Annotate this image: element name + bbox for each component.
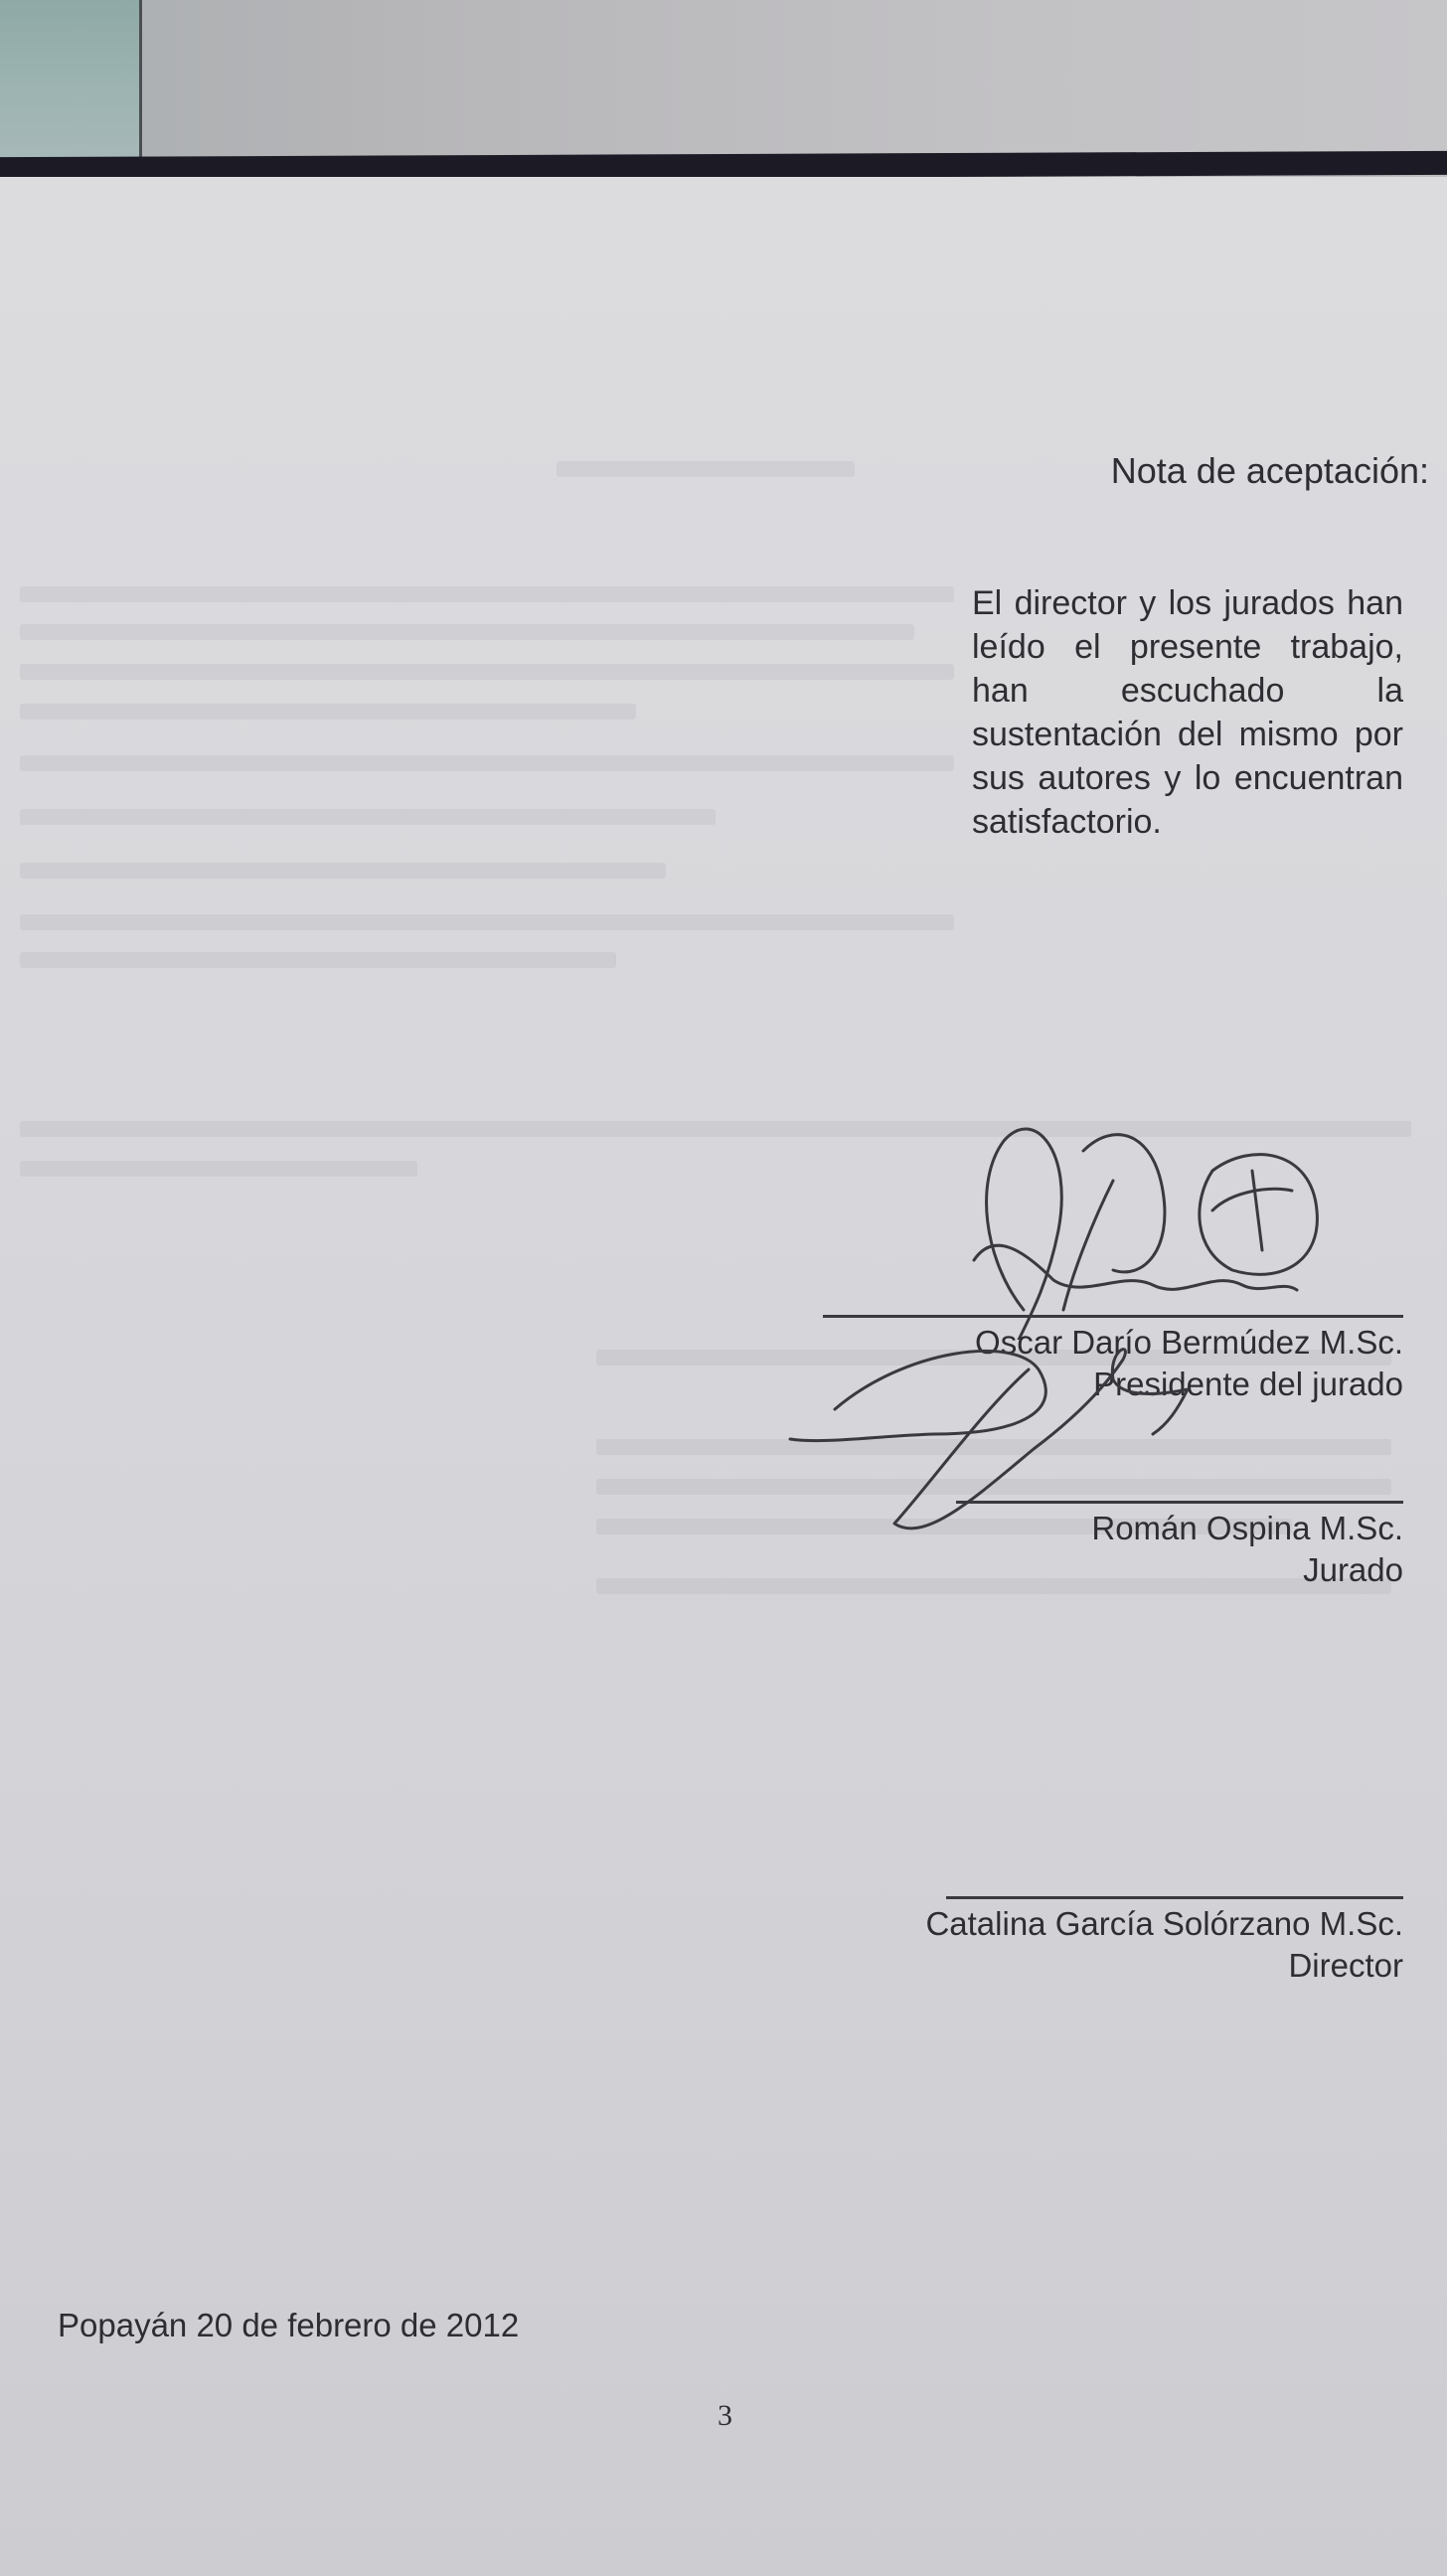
document-page: Nota de aceptación: El director y los ju… (0, 177, 1447, 2576)
signature-line (956, 1501, 1403, 1504)
signatory-block-jury: Román Ospina M.Sc. Jurado (956, 1332, 1403, 1591)
signatory-role: Jurado (956, 1549, 1403, 1591)
signatory-block-director: Catalina García Solórzano M.Sc. Director (925, 1896, 1403, 1987)
background-surface (0, 0, 1447, 159)
signatory-role: Director (925, 1945, 1403, 1987)
signatory-name: Román Ospina M.Sc. (956, 1508, 1403, 1549)
signature-line (823, 1315, 1403, 1318)
place-and-date: Popayán 20 de febrero de 2012 (58, 2307, 519, 2344)
signature-line (946, 1896, 1403, 1899)
acceptance-heading: Nota de aceptación: (1111, 450, 1429, 492)
signatory-name: Catalina García Solórzano M.Sc. (925, 1903, 1403, 1945)
background-object (0, 0, 142, 159)
acceptance-paragraph: El director y los jurados han leído el p… (972, 581, 1403, 844)
page-number: 3 (718, 2399, 732, 2433)
